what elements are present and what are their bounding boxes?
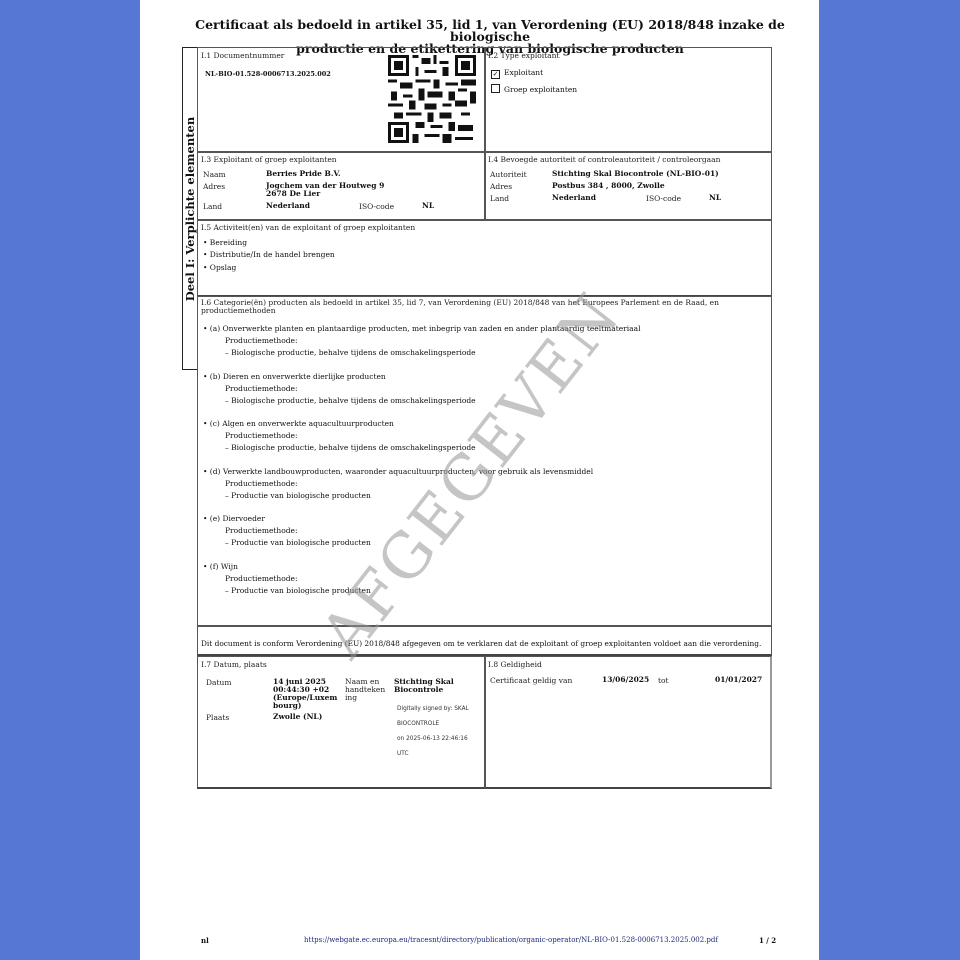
document-number: NL-BIO-01.528-0006713.2025.002 <box>205 70 331 78</box>
production-method-label: Productiemethode: <box>225 526 298 535</box>
section-operator: I.3 Exploitant of groep exploitanten Naa… <box>197 152 485 220</box>
activity-item: • Opslag <box>203 263 236 272</box>
section-validity: I.8 Geldigheid Certificaat geldig van 13… <box>485 656 772 789</box>
production-method: – Biologische productie, behalve tijdens… <box>225 348 476 357</box>
section-operator-type: I.2 Type exploitant ✓Exploitant Groep ex… <box>485 47 772 152</box>
production-method-label: Productiemethode: <box>225 479 298 488</box>
activity-item: • Distributie/In de handel brengen <box>203 250 335 259</box>
production-method: – Biologische productie, behalve tijdens… <box>225 443 476 452</box>
section-product-categories: I.6 Categorie(ën) producten als bedoeld … <box>197 296 772 626</box>
qr-code-icon <box>388 55 476 143</box>
checkbox-groep-exploitanten[interactable]: Groep exploitanten <box>491 84 577 94</box>
production-method: – Biologische productie, behalve tijdens… <box>225 396 476 405</box>
section-activities: I.5 Activiteit(en) van de exploitant of … <box>197 220 772 296</box>
production-method: – Productie van biologische producten <box>225 491 371 500</box>
section-side-tab: Deel I: Verplichte elementen <box>182 47 197 370</box>
category-title: • (d) Verwerkte landbouwproducten, waaro… <box>203 467 593 476</box>
signature-place: Zwolle (NL) <box>273 713 322 721</box>
authority-name: Stichting Skal Biocontrole (NL-BIO-01) <box>552 170 719 178</box>
category-title: • (f) Wijn <box>203 562 238 571</box>
section-authority: I.4 Bevoegde autoriteit of controleautor… <box>485 152 772 220</box>
footer-url-link[interactable]: https://webgate.ec.europa.eu/tracesnt/di… <box>304 936 718 944</box>
footer-language: nl <box>201 936 209 945</box>
section-date-place: I.7 Datum, plaats Datum 14 juni 2025 00:… <box>197 656 485 789</box>
production-method-label: Productiemethode: <box>225 431 298 440</box>
conformity-statement: Dit document is conform Verordening (EU)… <box>197 626 772 656</box>
checkbox-exploitant[interactable]: ✓Exploitant <box>491 68 543 79</box>
valid-from-date: 13/06/2025 <box>602 676 649 684</box>
section-document-number: I.1 Documentnummer NL-BIO-01.528-0006713… <box>197 47 485 152</box>
signer-name: Stichting Skal Biocontrole <box>394 678 454 694</box>
checkbox-checked-icon: ✓ <box>491 70 500 79</box>
production-method: – Productie van biologische producten <box>225 538 371 547</box>
production-method: – Productie van biologische producten <box>225 586 371 595</box>
activity-item: • Bereiding <box>203 238 247 247</box>
production-method-label: Productiemethode: <box>225 384 298 393</box>
checkbox-unchecked-icon <box>491 84 500 93</box>
footer-page-number: 1 / 2 <box>759 936 776 945</box>
operator-name: Berries Pride B.V. <box>266 170 341 178</box>
category-title: • (c) Algen en onverwerkte aquacultuurpr… <box>203 419 394 428</box>
category-title: • (e) Diervoeder <box>203 514 265 523</box>
production-method-label: Productiemethode: <box>225 574 298 583</box>
category-title: • (a) Onverwerkte planten en plantaardig… <box>203 324 641 333</box>
category-title: • (b) Dieren en onverwerkte dierlijke pr… <box>203 372 386 381</box>
certificate-page: Certificaat als bedoeld in artikel 35, l… <box>140 0 819 960</box>
signature-date: 14 juni 2025 00:44:30 +02 (Europe/Luxem … <box>273 678 337 710</box>
production-method-label: Productiemethode: <box>225 336 298 345</box>
valid-to-date: 01/01/2027 <box>715 676 762 684</box>
